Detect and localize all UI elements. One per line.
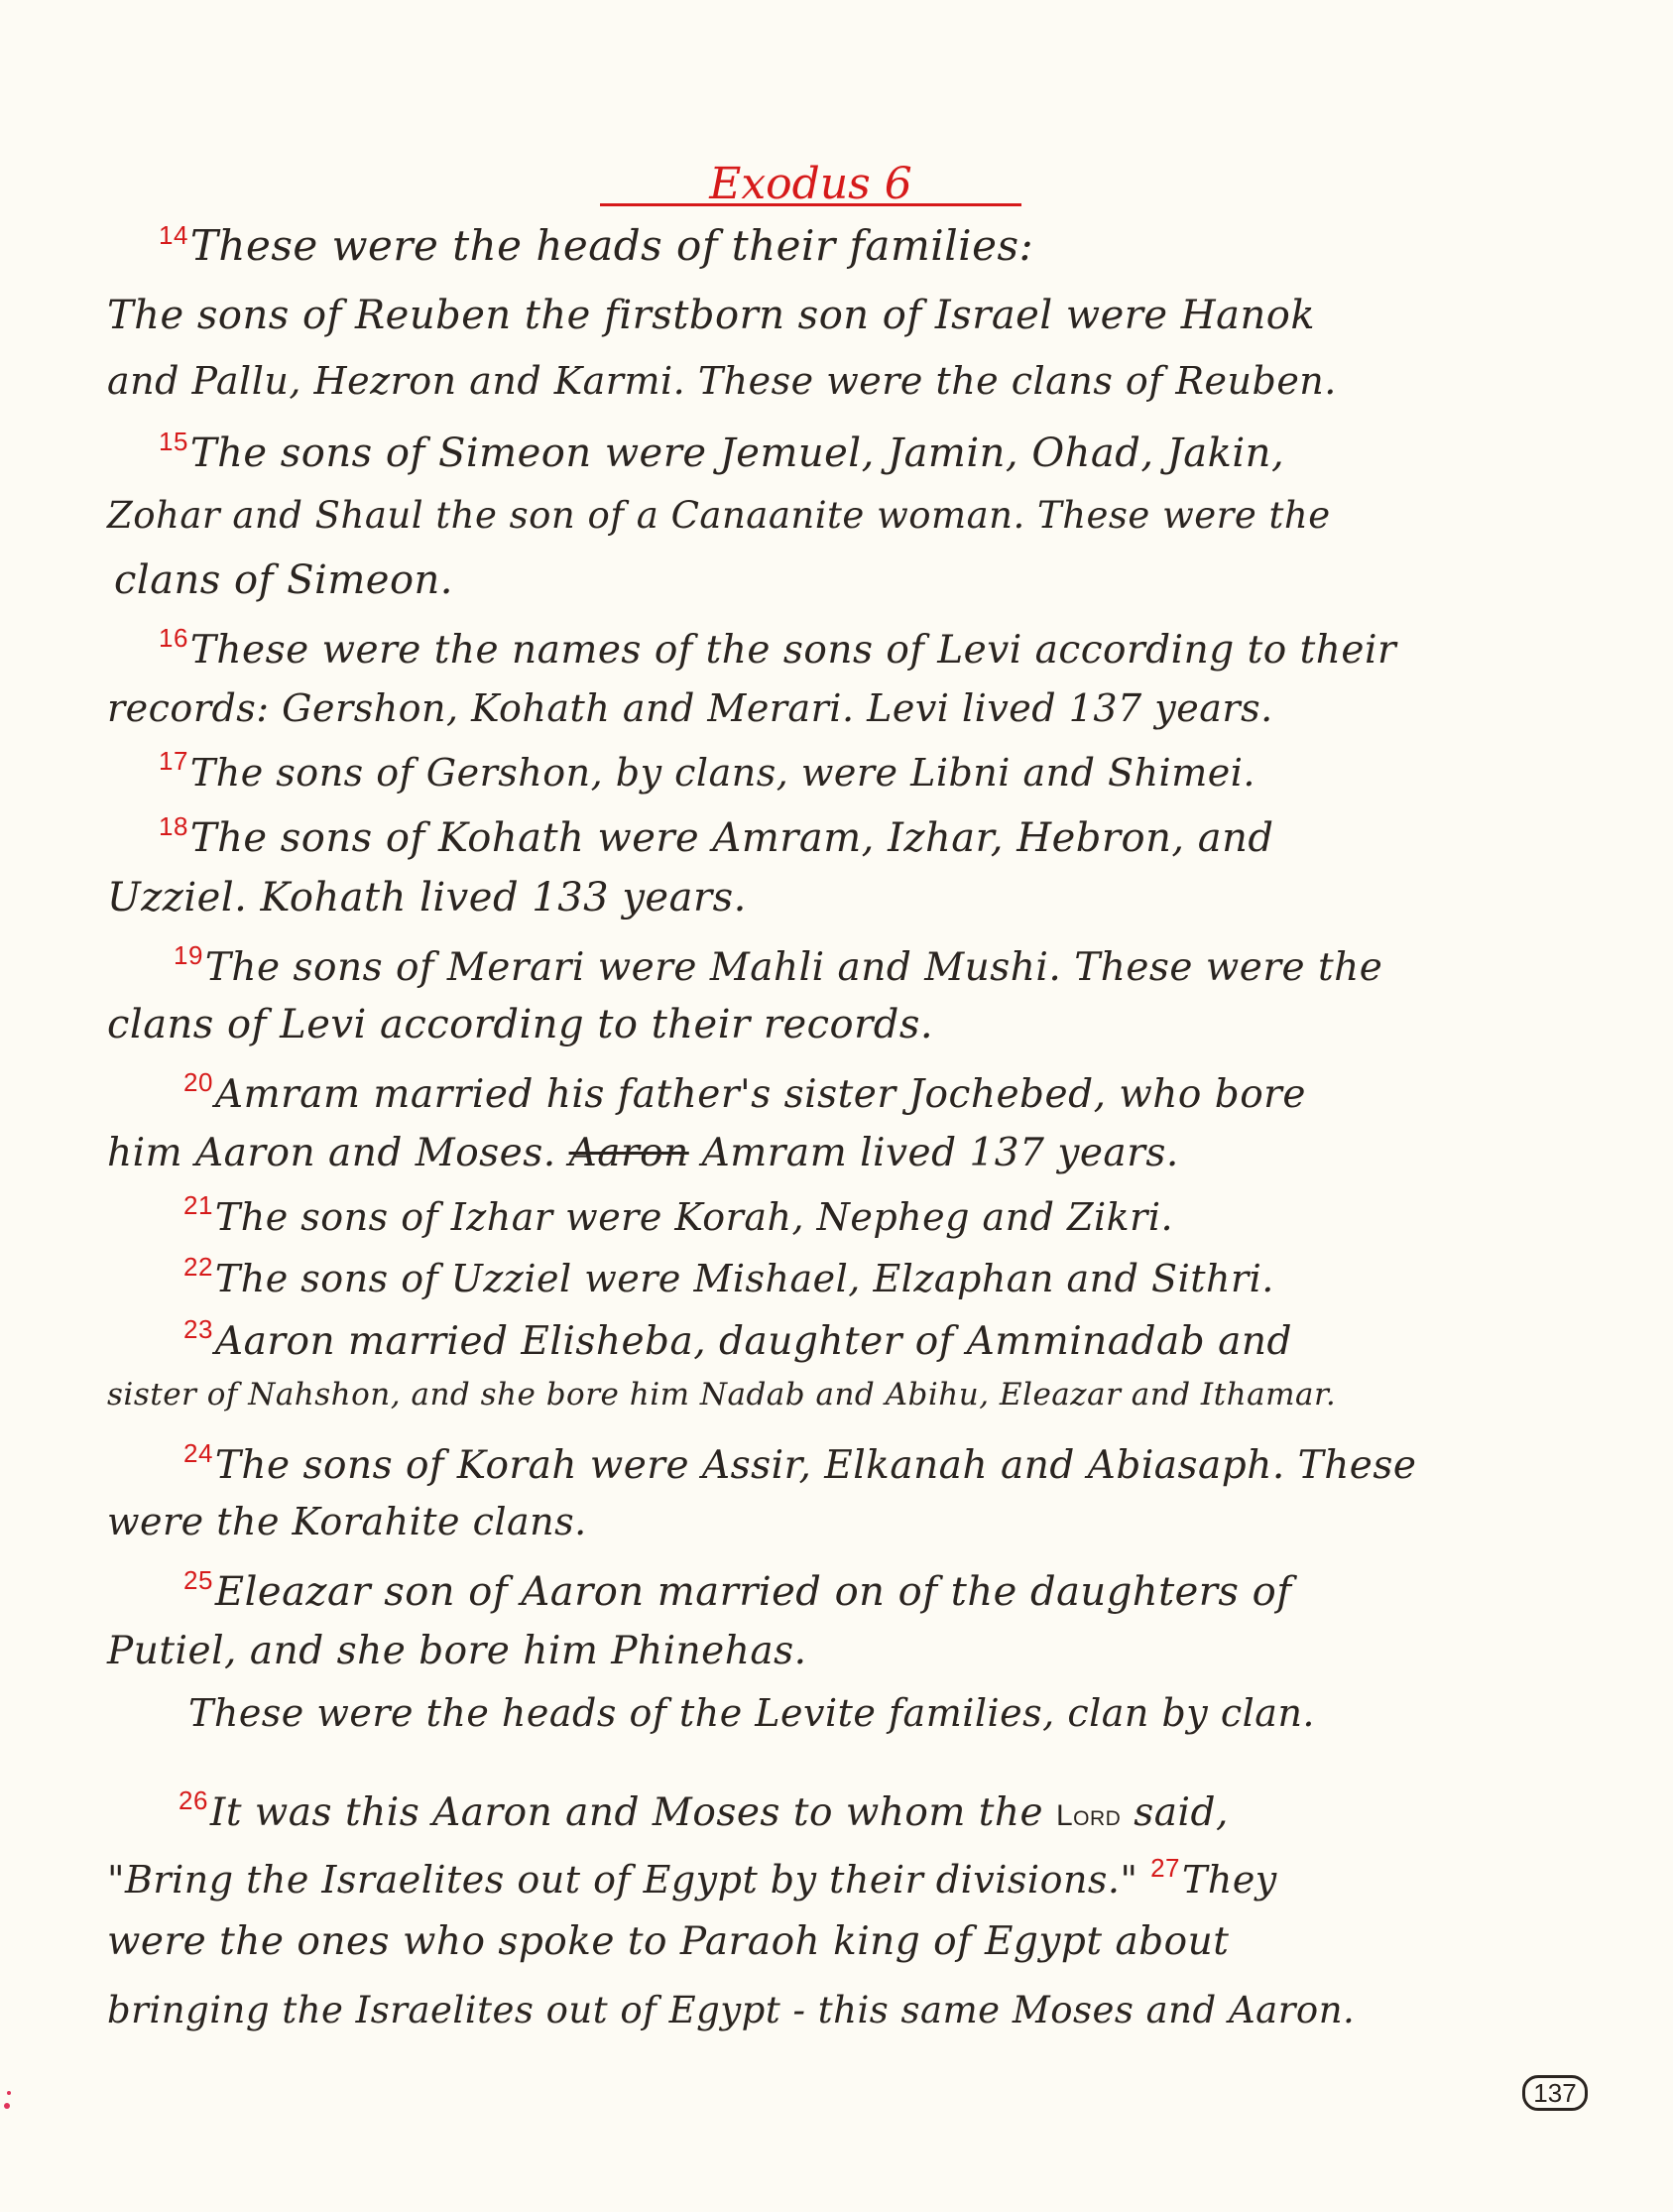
- line: 26It was this Aaron and Moses to whom th…: [179, 1785, 1229, 1835]
- verse-number: 23: [183, 1314, 213, 1344]
- line: Putiel, and she bore him Phinehas.: [107, 1629, 807, 1673]
- line: and Pallu, Hezron and Karmi. These were …: [107, 359, 1337, 403]
- verse-number: 26: [179, 1785, 208, 1815]
- line: 19The sons of Merari were Mahli and Mush…: [174, 940, 1382, 990]
- line: 18The sons of Kohath were Amram, Izhar, …: [159, 811, 1274, 861]
- verse-number: 14: [159, 220, 188, 250]
- line: were the ones who spoke to Paraoh king o…: [107, 1919, 1229, 1964]
- verse-number: 18: [159, 811, 188, 841]
- line: Zohar and Shaul the son of a Canaanite w…: [107, 494, 1331, 537]
- verse-number: 27: [1150, 1853, 1180, 1883]
- line: These were the heads of the Levite famil…: [188, 1691, 1315, 1735]
- title-underline: [600, 203, 1021, 206]
- line: The sons of Reuben the firstborn son of …: [107, 293, 1315, 338]
- line: 14These were the heads of their families…: [159, 220, 1033, 270]
- line: 24The sons of Korah were Assir, Elkanah …: [183, 1438, 1417, 1488]
- line: him Aaron and Moses. Aaron Amram lived 1…: [107, 1131, 1179, 1175]
- lord-smallcaps: Lord: [1056, 1799, 1121, 1832]
- line: 25Eleazar son of Aaron married on of the…: [183, 1565, 1292, 1615]
- line: 21The sons of Izhar were Korah, Nepheg a…: [183, 1190, 1173, 1239]
- line: were the Korahite clans.: [107, 1500, 587, 1543]
- line: 22The sons of Uzziel were Mishael, Elzap…: [183, 1252, 1274, 1300]
- verse-number: 20: [183, 1067, 213, 1097]
- line: 16These were the names of the sons of Le…: [159, 623, 1396, 673]
- stray-ink-mark: [7, 2091, 11, 2095]
- verse-number: 22: [183, 1252, 213, 1282]
- line: 20Amram married his father's sister Joch…: [183, 1067, 1306, 1117]
- page-title: Exodus 6: [709, 159, 912, 209]
- line: Uzziel. Kohath lived 133 years.: [107, 875, 747, 921]
- verse-number: 24: [183, 1438, 213, 1468]
- verse-number: 21: [183, 1190, 213, 1220]
- page-number: 137: [1522, 2075, 1588, 2111]
- stray-ink-mark: [4, 2103, 10, 2109]
- line: "Bring the Israelites out of Egypt by th…: [107, 1853, 1277, 1902]
- verse-number: 19: [174, 940, 203, 970]
- verse-number: 25: [183, 1565, 213, 1595]
- line: clans of Simeon.: [114, 557, 453, 603]
- verse-number: 16: [159, 623, 188, 653]
- line: bringing the Israelites out of Egypt - t…: [107, 1989, 1355, 2031]
- line: clans of Levi according to their records…: [107, 1002, 933, 1047]
- line: records: Gershon, Kohath and Merari. Lev…: [107, 686, 1273, 730]
- verse-number: 17: [159, 746, 188, 776]
- line: sister of Nahshon, and she bore him Nada…: [107, 1377, 1336, 1413]
- line: 23Aaron married Elisheba, daughter of Am…: [183, 1314, 1292, 1364]
- line: 17The sons of Gershon, by clans, were Li…: [159, 746, 1255, 795]
- line: 15The sons of Simeon were Jemuel, Jamin,…: [159, 427, 1284, 476]
- struck-word: Aaron: [569, 1131, 689, 1175]
- verse-number: 15: [159, 427, 188, 456]
